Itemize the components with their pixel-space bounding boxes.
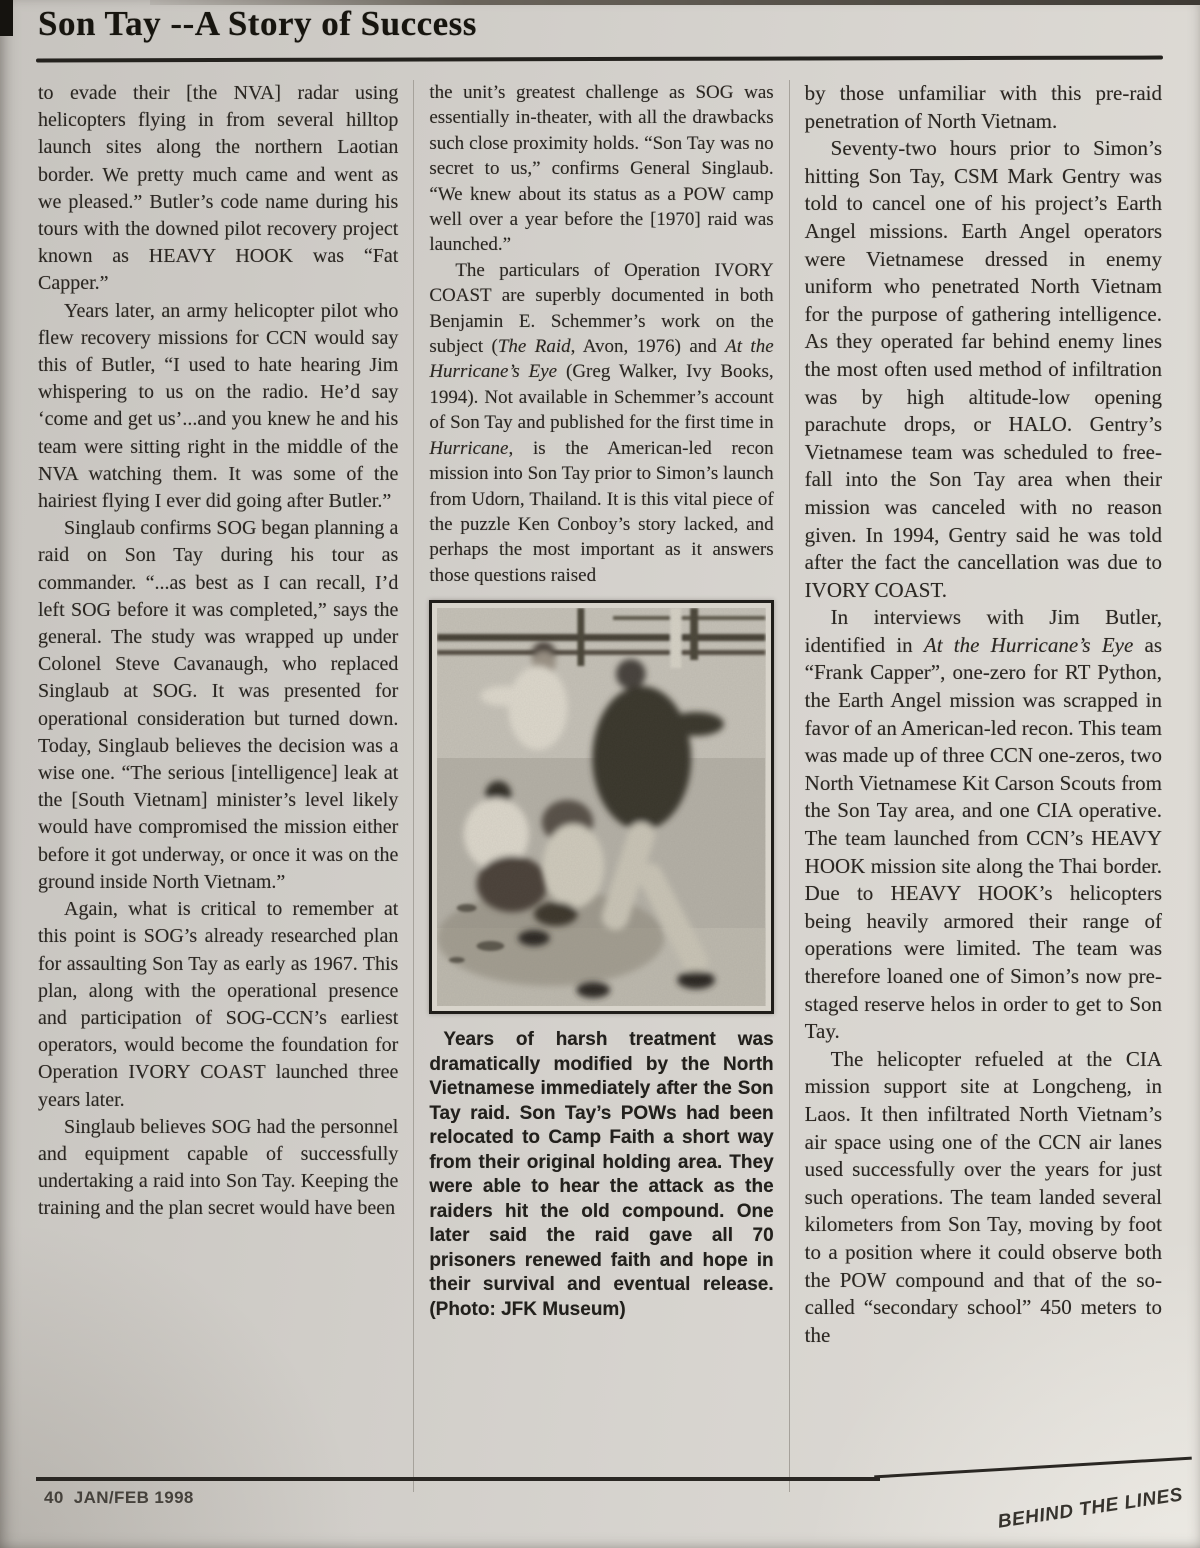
article-paragraph: The particulars of Operation IVORY COAST… xyxy=(429,258,773,588)
pow-yard-photo-frame xyxy=(429,600,773,1014)
page-number: 40 xyxy=(44,1488,64,1507)
article-paragraph: Again, what is critical to remember at t… xyxy=(38,896,398,1114)
column-3-paragraphs: by those unfamiliar with this pre-raid p… xyxy=(805,80,1162,1349)
page-footer: 40JAN/FEB 1998 xyxy=(44,1488,194,1508)
photo-caption: Years of harsh treatment was dramaticall… xyxy=(429,1028,773,1322)
article-paragraph: by those unfamiliar with this pre-raid p… xyxy=(805,80,1162,135)
column-1-paragraphs: to evade their [the NVA] radar using hel… xyxy=(38,80,398,1223)
article-column-2: the unit’s greatest challenge as SOG was… xyxy=(413,80,788,1492)
article-paragraph: In interviews with Jim Butler, identifie… xyxy=(805,604,1162,1046)
article-paragraph: Seventy-two hours prior to Simon’s hitti… xyxy=(805,135,1162,604)
title-underline-rule xyxy=(36,56,1163,63)
article-paragraph: Years later, an army helicopter pilot wh… xyxy=(38,298,398,516)
article-title: Son Tay --A Story of Success xyxy=(38,4,477,44)
article-paragraph: Singlaub believes SOG had the personnel … xyxy=(38,1114,398,1223)
article-body: to evade their [the NVA] radar using hel… xyxy=(38,80,1164,1492)
article-paragraph: Singlaub confirms SOG began planning a r… xyxy=(38,515,398,896)
article-paragraph: to evade their [the NVA] radar using hel… xyxy=(38,80,398,298)
article-paragraph: The helicopter refueled at the CIA missi… xyxy=(805,1046,1162,1350)
article-paragraph: the unit’s greatest challenge as SOG was… xyxy=(429,80,773,258)
pow-yard-photo xyxy=(437,608,765,1006)
issue-date: JAN/FEB 1998 xyxy=(74,1488,194,1507)
scan-corner-mark xyxy=(0,0,13,36)
magazine-page-scan: Son Tay --A Story of Success to evade th… xyxy=(0,0,1200,1548)
column-2-paragraphs: the unit’s greatest challenge as SOG was… xyxy=(429,80,773,588)
footer-rule-left xyxy=(36,1477,880,1481)
article-column-1: to evade their [the NVA] radar using hel… xyxy=(38,80,413,1492)
article-column-3: by those unfamiliar with this pre-raid p… xyxy=(789,80,1164,1492)
